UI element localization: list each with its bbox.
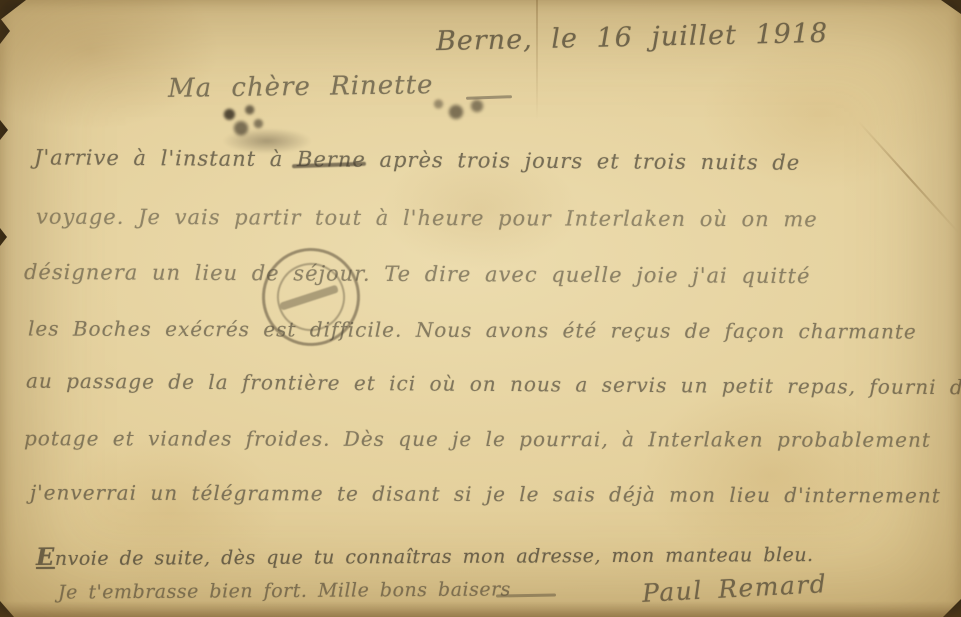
body-line: les Boches exécrés est difficile. Nous a…	[28, 316, 917, 343]
ink-smudge	[222, 128, 312, 154]
body-line: voyage. Je vais partir tout à l'heure po…	[36, 205, 818, 232]
envoi-text: nvoie de suite, dès que tu connaîtras mo…	[55, 544, 814, 570]
postmark-inner-ring	[268, 254, 354, 340]
closing-line: Je t'embrasse bien fort. Mille bons bais…	[58, 578, 511, 603]
strikethrough-mark	[292, 162, 366, 169]
edge-tear	[0, 18, 10, 44]
retraced-initial: E	[36, 542, 55, 571]
scan-vignette	[0, 0, 961, 617]
body-line: j'enverrai un télégramme te disant si je…	[30, 480, 941, 507]
salutation-dash	[466, 95, 512, 100]
paper-stain	[380, 150, 580, 270]
salutation: Ma chère Rinette	[168, 70, 434, 104]
scan-corner	[0, 601, 14, 617]
paper-crease	[857, 120, 959, 233]
paper-stain	[640, 380, 900, 570]
scan-corner	[943, 599, 961, 617]
paper-stain	[700, 40, 940, 190]
paper-stain	[0, 0, 220, 130]
dateline: Berne, le 16 juillet 1918	[436, 18, 829, 57]
closing-dash	[496, 593, 556, 597]
postmark-stamp	[249, 235, 372, 358]
paper-crease	[536, 0, 538, 120]
edge-tear	[0, 228, 7, 246]
edge-shadow	[0, 601, 961, 617]
body-line: potage et viandes froides. Dès que je le…	[24, 426, 931, 452]
signature: Paul Remard	[641, 569, 828, 608]
postcard-scan: Berne, le 16 juillet 1918 Ma chère Rinet…	[0, 0, 961, 617]
ink-smudge	[428, 92, 498, 132]
postmark-smudged-text	[279, 285, 339, 311]
ink-smudge	[212, 96, 270, 142]
body-line: désignera un lieu de séjour. Te dire ave…	[24, 260, 811, 288]
edge-tear	[0, 120, 8, 140]
body-line-envoi: Envoie de suite, dès que tu connaîtras m…	[36, 538, 814, 571]
paper-stain	[60, 430, 280, 590]
scan-corner	[941, 0, 961, 14]
body-line: au passage de la frontière et ici où on …	[26, 369, 961, 400]
scan-corner	[0, 0, 26, 20]
body-line: J'arrive à l'instant à Berne après trois…	[34, 145, 800, 174]
